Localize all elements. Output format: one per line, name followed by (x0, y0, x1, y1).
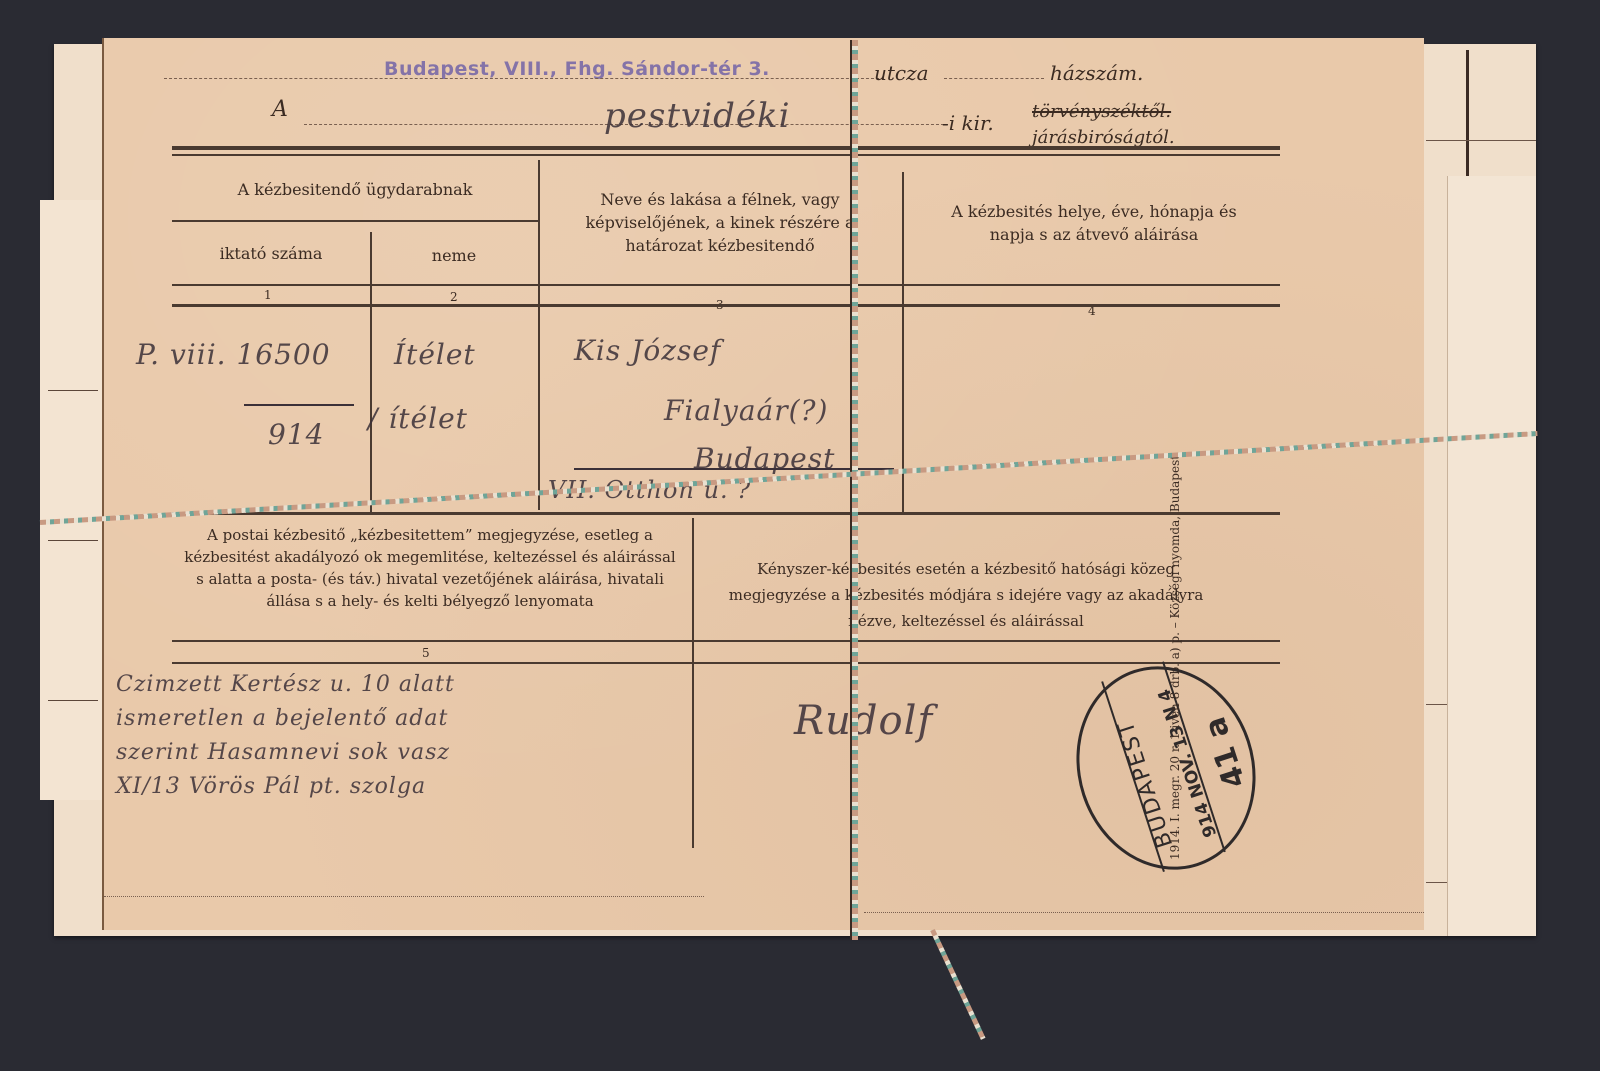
right-folded-flap (1447, 176, 1536, 936)
column-number-2: 2 (450, 290, 458, 304)
column-divider (370, 232, 372, 512)
column-header-4: A kézbesités helye, éve, hónapja és napj… (934, 200, 1254, 246)
header-rule (172, 154, 1280, 156)
postal-note-line-3: szerint Hasamnevi sok vasz (116, 736, 450, 770)
document-type-handwritten: Ítélet (394, 338, 476, 371)
column-number-1: 1 (264, 288, 272, 302)
kir-label: -i kir. (942, 112, 994, 135)
postal-note-line-2: ismeretlen a bejelentő adat (116, 702, 448, 736)
document-type-handwritten-2: / ítélet (368, 402, 468, 435)
table-header-bottom-rule (172, 304, 1280, 307)
header-rule (172, 146, 1280, 150)
address-stamp: Budapest, VIII., Fhg. Sándor-tér 3. (384, 58, 770, 80)
column-header-3: Neve és lakása a félnek, vagy képviselőj… (552, 188, 888, 257)
court-name-handwritten: pestvidéki (604, 96, 790, 136)
case-year-handwritten: 914 (268, 418, 324, 451)
column-divider (692, 518, 694, 848)
section-rule (172, 662, 1280, 664)
col6-instruction: Kényszer-kézbesités esetén a kézbesitő h… (716, 556, 1216, 634)
flap-rule (48, 700, 98, 701)
column-divider (538, 160, 540, 510)
col5-instruction: A postai kézbesitő „kézbesitettem” megje… (180, 524, 680, 612)
perforation-line (864, 912, 1424, 913)
group-header: A kézbesitendő ügydarabnak (172, 178, 538, 201)
recipient-city-handwritten: Budapest (694, 442, 835, 475)
postal-note-line-4: XI/13 Vörös Pál pt. szolga (116, 770, 426, 804)
court-struck-label: törvényszéktől. (1032, 100, 1171, 123)
number-row-rule (172, 284, 1280, 286)
column-header-1: iktató száma (172, 242, 370, 265)
underline (574, 468, 894, 470)
column-number-5: 5 (422, 646, 430, 660)
column-header-2: neme (370, 244, 538, 267)
subheader-rule (172, 220, 538, 222)
hazszam-label: házszám. (1050, 62, 1143, 85)
binding-string-vertical (852, 40, 858, 940)
case-number-handwritten: P. viii. 16500 (136, 338, 331, 371)
recipient-name-handwritten: Kis József (574, 334, 721, 367)
printer-imprint: 1914. I. megr. 20 r. 1 iven 8 drb. a) p.… (1168, 451, 1182, 860)
dotted-line (164, 78, 884, 79)
utca-label: utcza (874, 62, 929, 85)
flap-rule (48, 390, 98, 391)
recipient-line2-handwritten: Fialyaár(?) (664, 394, 828, 427)
perforation-line (104, 896, 704, 897)
binding-string-tail (930, 929, 985, 1040)
section-rule (172, 512, 1280, 515)
postal-note-line-1: Czimzett Kertész u. 10 alatt (116, 668, 455, 702)
section-rule (172, 640, 1280, 642)
back-sheet-rule (1466, 50, 1469, 190)
back-sheet-rule (1426, 140, 1536, 141)
column-divider (902, 172, 904, 512)
flap-rule (48, 540, 98, 541)
fraction-line (244, 404, 354, 406)
postmaster-signature: Rudolf (794, 698, 933, 744)
dotted-line (944, 78, 1044, 79)
left-folded-flap (40, 200, 103, 800)
a-label: A (272, 98, 288, 121)
